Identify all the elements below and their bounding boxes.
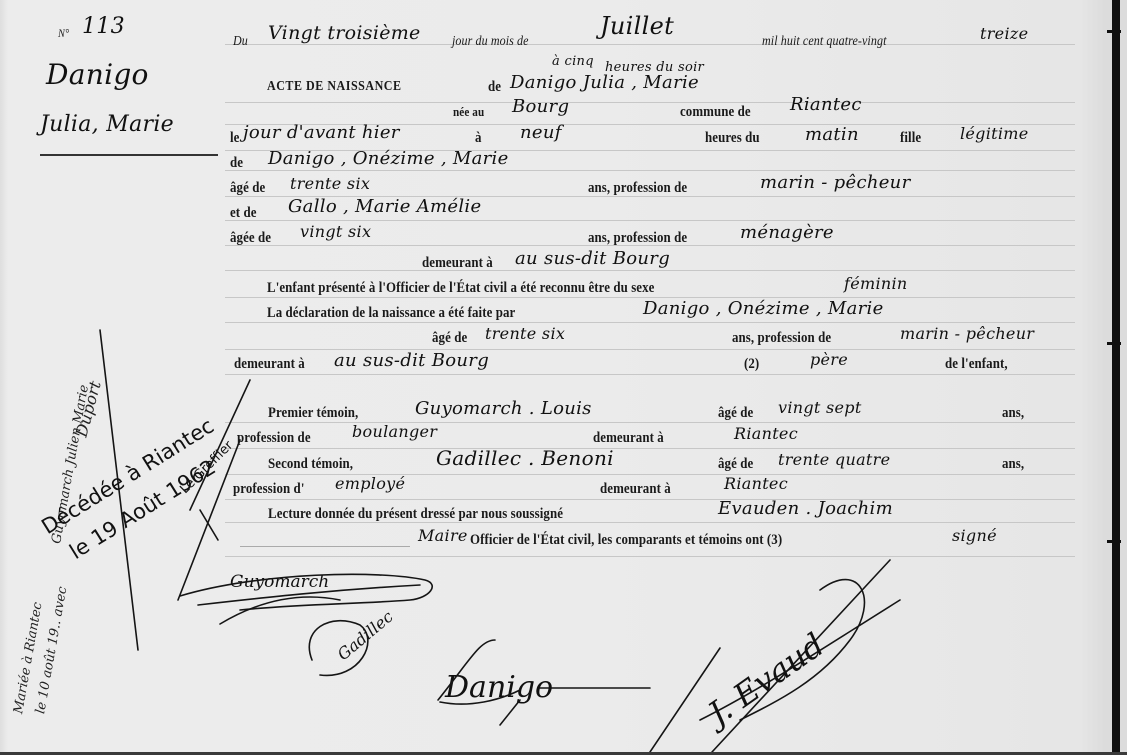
witness2-label: Second témoin, [268,456,353,473]
day-value: Vingt troisième [268,22,421,44]
residence-value: au sus-dit Bourg [515,248,670,269]
closing-sentence: Officier de l'État civil, les comparants… [470,532,782,549]
du-label: Du [233,34,248,50]
officer-name: Evauden . Joachim [718,498,893,519]
witness2-age-label: âgé de [718,456,753,473]
witness1-residence-label: demeurant à [593,430,664,447]
birth-record-page: N° 113 Danigo Julia, Marie Du Vingt troi… [0,0,1127,752]
witness1-profession-label: profession de [237,430,311,447]
father-name: Danigo , Onézime , Marie [268,148,509,169]
page-edge-rule [1112,0,1120,752]
page-edge-tick [1107,342,1121,345]
declarant-note-ref: (2) [744,356,759,373]
mother-profession-label: ans, profession de [588,230,687,247]
father-age: trente six [290,174,370,193]
declarant-relation: père [810,350,848,369]
signed-word: signé [952,526,997,545]
declarant-relation-suffix: de l'enfant, [945,356,1008,373]
act-title: ACTE DE NAISSANCE [267,79,402,95]
witness2-profession: employé [335,474,405,493]
witness2-residence: Riantec [724,474,788,493]
presentation-sentence: L'enfant présenté à l'Officier de l'État… [267,280,654,297]
margin-surname: Danigo [46,58,149,91]
witness2-profession-label: profession d' [233,481,305,498]
witness1-name: Guyomarch . Louis [415,398,592,419]
page-edge-tick [1107,540,1121,543]
record-number-label: N° [58,26,69,41]
witness1-profession: boulanger [352,422,437,441]
declarant-profession-label: ans, profession de [732,330,831,347]
commune-value: Riantec [790,94,862,115]
witness1-ans-label: ans, [1002,405,1024,422]
legitimacy: légitime [960,124,1029,143]
birth-period: matin [805,124,859,145]
officer-title: Maire [418,526,468,545]
heures-label: heures du [705,130,760,147]
nee-label: née au [453,104,484,120]
witness2-signature: Gadillec [334,607,397,664]
declarant-residence: au sus-dit Bourg [334,350,489,371]
witness2-ans-label: ans, [1002,456,1024,473]
declarant-age-label: âgé de [432,330,467,347]
witness1-residence: Riantec [734,424,798,443]
reading-sentence: Lecture donnée du présent dressé par nou… [268,506,563,523]
fille-label: fille [900,130,921,147]
residence-label: demeurant à [422,255,493,272]
le-label: le [230,130,239,147]
witness2-residence-label: demeurant à [600,481,671,498]
a-label: à [475,130,482,147]
mother-age-label: âgée de [230,230,271,247]
birth-day: jour d'avant hier [243,122,400,143]
mother-et-de-label: et de [230,205,257,222]
witness1-age: vingt sept [778,398,862,417]
witness2-name: Gadillec . Benoni [436,446,614,470]
declarant-age: trente six [485,324,565,343]
birth-hour: neuf [520,122,562,143]
year-suffix: treize [980,24,1028,43]
hour-value: à cinq [552,54,594,69]
witness1-label: Premier témoin, [268,405,358,422]
page-edge-tick [1107,30,1121,33]
declarant-profession: marin - pêcheur [900,324,1034,343]
record-number: 113 [82,14,125,39]
mayor-signature: J. Evaud [701,625,831,732]
act-title-de: de [488,79,501,96]
father-de-label: de [230,155,243,172]
commune-label: commune de [680,104,751,121]
witness1-age-label: âgé de [718,405,753,422]
month-value: Juillet [600,12,674,40]
child-sex: féminin [844,274,908,293]
mother-age: vingt six [300,222,371,241]
mother-name: Gallo , Marie Amélie [288,196,481,217]
jour-label: jour du mois de [452,34,529,50]
child-name: Danigo Julia , Marie [510,72,699,93]
birth-place: Bourg [512,96,569,117]
mother-profession: ménagère [740,222,834,243]
father-profession-label: ans, profession de [588,180,687,197]
father-profession: marin - pêcheur [760,172,910,193]
declarant-signature: Danigo [445,670,553,705]
witness2-age: trente quatre [778,450,890,469]
declarant-name: Danigo , Onézime , Marie [643,298,884,319]
declarant-residence-label: demeurant à [234,356,305,373]
declaration-sentence: La déclaration de la naissance a été fai… [267,305,515,322]
margin-given-names: Julia, Marie [40,112,174,137]
year-label: mil huit cent quatre-vingt [762,34,887,50]
witness1-signature: Guyomarch [230,572,329,592]
father-age-label: âgé de [230,180,265,197]
